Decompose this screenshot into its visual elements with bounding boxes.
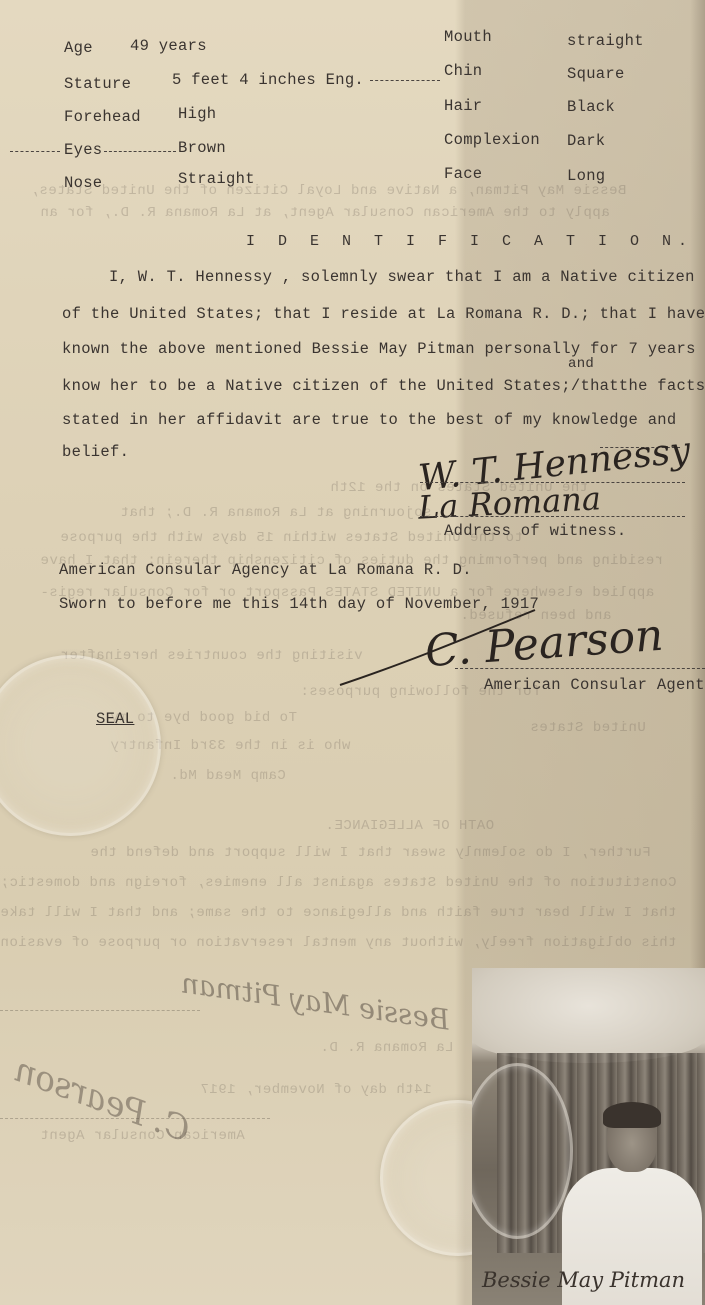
photo-subject-hair <box>603 1102 661 1128</box>
identification-line: belief. <box>62 443 129 461</box>
label-eyes: Eyes <box>64 141 102 159</box>
label-stature: Stature <box>64 75 131 93</box>
value-age: 49 years <box>130 37 207 55</box>
label-hair: Hair <box>444 97 482 115</box>
value-forehead: High <box>178 105 216 123</box>
photo-background <box>472 968 705 1063</box>
applicant-photo: Bessie May Pitman <box>472 968 705 1305</box>
identification-line: known the above mentioned Bessie May Pit… <box>62 340 696 358</box>
ghost-text-line: La Romana R. D. <box>320 1040 454 1056</box>
ghost-text-line: Further, I do solemnly swear that I will… <box>90 845 651 861</box>
value-nose: Straight <box>178 170 255 188</box>
ghost-text-line: this obligation freely, without any ment… <box>0 935 677 951</box>
identification-line: know her to be a Native citizen of the U… <box>62 377 705 395</box>
value-hair: Black <box>567 98 615 116</box>
agent-caption: American Consular Agent <box>484 676 705 694</box>
value-face: Long <box>567 167 605 185</box>
identification-line: of the United States; that I reside at L… <box>62 305 705 323</box>
inserted-word: and <box>568 356 594 372</box>
ghost-signature-line <box>0 1118 270 1119</box>
stature-dash-line <box>370 80 440 81</box>
label-age: Age <box>64 39 93 57</box>
ghost-text-line: OATH OF ALLEGIANCE. <box>325 818 494 834</box>
label-chin: Chin <box>444 62 482 80</box>
value-mouth: straight <box>567 32 644 50</box>
ghost-text-line: apply to the American Consular Agent, at… <box>40 205 610 221</box>
ghost-text-line: United States <box>530 720 646 736</box>
identification-line: I, W. T. Hennessy , solemnly swear that … <box>109 268 695 286</box>
ghost-text-line: Camp Mead Md. <box>170 768 286 784</box>
identification-line: stated in her affidavit are true to the … <box>62 411 677 429</box>
label-complexion: Complexion <box>444 131 540 149</box>
label-nose: Nose <box>64 174 102 192</box>
ghost-text-line: Bessie May Pitman, a Native and Loyal Ci… <box>30 183 626 199</box>
label-face: Face <box>444 165 482 183</box>
ghost-text-line: 14th day of November, 1917 <box>200 1082 431 1098</box>
label-mouth: Mouth <box>444 28 492 46</box>
eyes-dash-line <box>104 151 176 152</box>
photo-signature: Bessie May Pitman <box>482 1268 685 1292</box>
ghost-text-line: sojourning at La Romana R. D.; that <box>120 505 432 521</box>
agency-line: American Consular Agency at La Romana R.… <box>59 561 472 579</box>
identification-heading: I D E N T I F I C A T I O N. <box>246 233 694 250</box>
eyes-dash-line <box>10 151 60 152</box>
ghost-text-line: that I will bear true faith and allegian… <box>0 905 677 921</box>
value-eyes: Brown <box>178 139 226 157</box>
ghost-signature-line <box>0 1010 200 1011</box>
address-line <box>420 516 685 517</box>
value-complexion: Dark <box>567 132 605 150</box>
ghost-text-line: Constitution of the United States agains… <box>0 875 677 891</box>
value-stature: 5 feet 4 inches Eng. <box>172 71 364 89</box>
seal-label: SEAL <box>96 710 134 728</box>
agent-signature-line <box>455 668 705 669</box>
label-forehead: Forehead <box>64 108 141 126</box>
address-of-witness-caption: Address of witness. <box>444 522 626 540</box>
value-chin: Square <box>567 65 625 83</box>
